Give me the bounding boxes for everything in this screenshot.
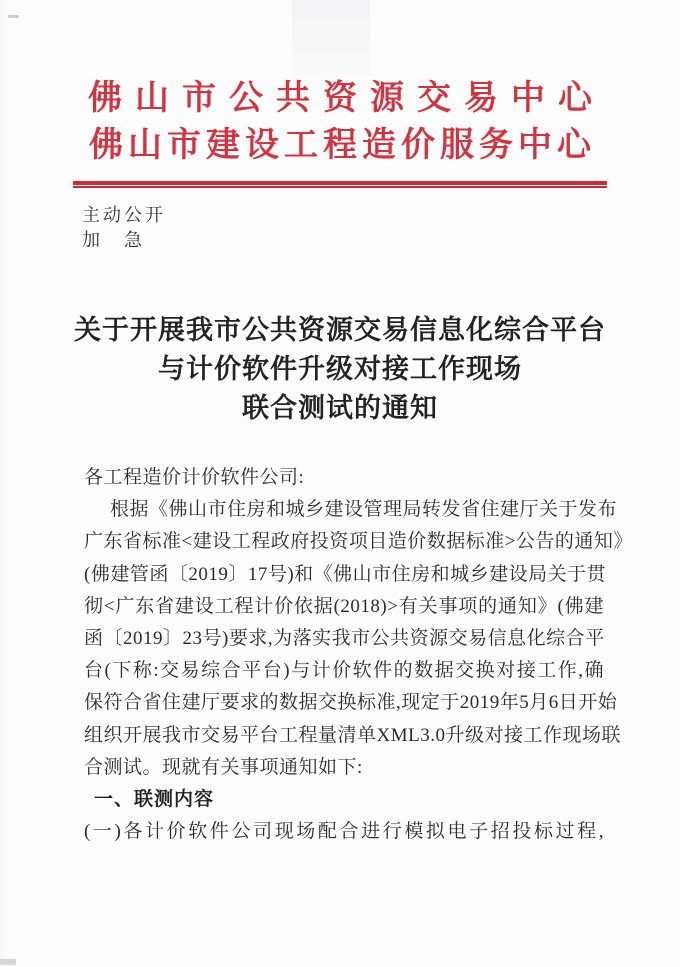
paragraph-line: 台(下称:交易综合平台)与计价软件的数据交换对接工作,确 — [84, 655, 604, 687]
classification-markings: 主动公开 加 急 — [82, 203, 166, 253]
letterhead-divider — [73, 181, 607, 188]
letterhead-divider-thin-line — [73, 186, 607, 188]
document-title-line-2: 与计价软件升级对接工作现场 — [0, 350, 680, 389]
document-title: 关于开展我市公共资源交易信息化综合平台 与计价软件升级对接工作现场 联合测试的通… — [0, 311, 680, 428]
scan-shading-artifact — [292, 0, 370, 92]
paragraph-line: 组织开展我市交易平台工程量清单XML3.0升级对接工作现场联 — [84, 720, 604, 752]
document-page: 佛山市公共资源交易中心 佛山市建设工程造价服务中心 主动公开 加 急 关于开展我… — [0, 0, 680, 967]
paragraph-line: (佛建管函〔2019〕17号)和《佛山市住房和城乡建设局关于贯 — [84, 559, 604, 591]
letterhead: 佛山市公共资源交易中心 佛山市建设工程造价服务中心 — [0, 80, 680, 165]
disclosure-marking: 主动公开 — [82, 203, 166, 228]
list-item: (一)各计价软件公司现场配合进行模拟电子招投标过程, — [84, 816, 604, 848]
section-heading: 一、联测内容 — [84, 784, 604, 816]
letterhead-org-name-1: 佛山市公共资源交易中心 — [0, 80, 680, 118]
paragraph-line: 函〔2019〕23号)要求,为落实我市公共资源交易信息化综合平 — [84, 623, 604, 655]
paragraph-line: 彻<广东省建设工程计价依据(2018)>有关事项的通知》(佛建 — [84, 591, 604, 623]
letterhead-divider-thick-line — [73, 181, 607, 185]
scan-speck-bottom-left — [0, 959, 16, 965]
letterhead-org-name-2: 佛山市建设工程造价服务中心 — [0, 127, 680, 165]
paragraph-line: 合测试。现就有关事项通知如下: — [84, 752, 604, 784]
urgency-marking: 加 急 — [82, 228, 166, 253]
document-title-line-3: 联合测试的通知 — [0, 389, 680, 428]
paragraph-line: 广东省标准<建设工程政府投资项目造价数据标准>公告的通知》 — [84, 526, 604, 558]
paragraph-line: 根据《佛山市住房和城乡建设管理局转发省住建厅关于发布 — [84, 494, 604, 526]
scan-speck-top-left — [8, 15, 19, 18]
document-body: 各工程造价计价软件公司: 根据《佛山市住房和城乡建设管理局转发省住建厅关于发布 … — [84, 462, 604, 848]
paragraph-line: 保符合省住建厅要求的数据交换标准,现定于2019年5月6日开始 — [84, 687, 604, 719]
document-title-line-1: 关于开展我市公共资源交易信息化综合平台 — [0, 311, 680, 350]
salutation: 各工程造价计价软件公司: — [84, 462, 604, 494]
